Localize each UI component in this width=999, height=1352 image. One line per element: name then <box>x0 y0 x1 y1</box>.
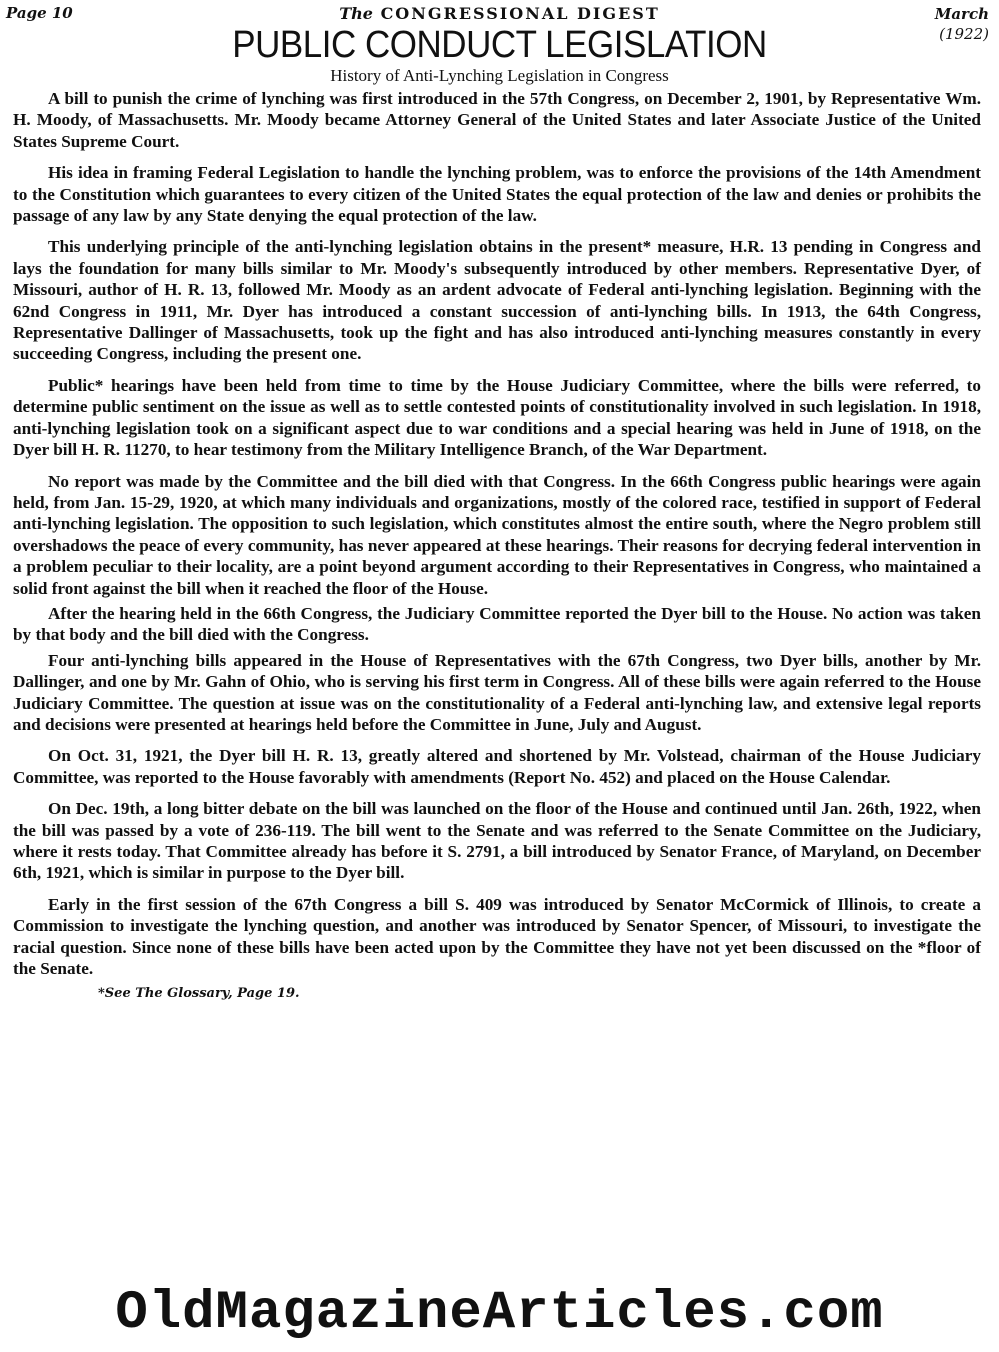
paragraph: This underlying principle of the anti-ly… <box>13 236 981 364</box>
article-subtitle: History of Anti-Lynching Legislation in … <box>0 66 999 86</box>
paragraph: After the hearing held in the 66th Congr… <box>13 603 981 646</box>
article-title: PUBLIC CONDUCT LEGISLATION <box>40 24 959 66</box>
site-watermark: OldMagazineArticles.com <box>0 1283 999 1344</box>
magazine-page: Page 10 The CONGRESSIONAL DIGEST March (… <box>0 0 999 1352</box>
paragraph: No report was made by the Committee and … <box>13 471 981 599</box>
paragraph: His idea in framing Federal Legislation … <box>13 162 981 226</box>
paragraph: Four anti-lynching bills appeared in the… <box>13 650 981 736</box>
issue-month: March <box>935 4 989 24</box>
masthead-name: CONGRESSIONAL DIGEST <box>381 4 660 23</box>
footnote: *See The Glossary, Page 19. <box>13 983 981 1004</box>
paragraph: Early in the first session of the 67th C… <box>13 894 981 980</box>
article-body: A bill to punish the crime of lynching w… <box>13 88 981 1015</box>
masthead: The CONGRESSIONAL DIGEST <box>0 4 999 23</box>
masthead-the: The <box>339 4 373 23</box>
paragraph: A bill to punish the crime of lynching w… <box>13 88 981 152</box>
paragraph: On Oct. 31, 1921, the Dyer bill H. R. 13… <box>13 745 981 788</box>
paragraph: Public* hearings have been held from tim… <box>13 375 981 461</box>
paragraph: On Dec. 19th, a long bitter debate on th… <box>13 798 981 884</box>
